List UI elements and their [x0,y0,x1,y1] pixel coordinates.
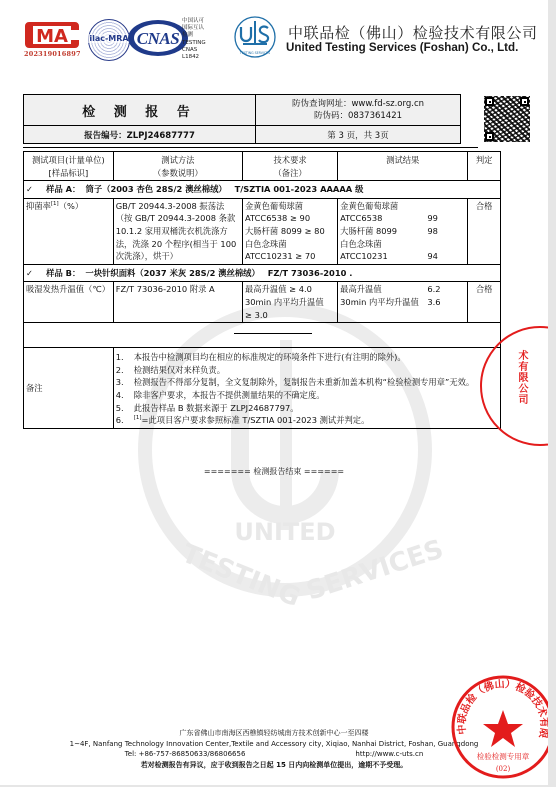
sample-label: 样品 A： [46,184,80,194]
col-header-verdict: 判定 [468,152,501,181]
report-end-marker: ======= 检测报告结束 ====== [0,466,548,477]
report-page: UNITED TESTING SERVICES MA 202319016897 … [0,0,548,785]
sample-b-row: ✓ 样品 B： 一块针织面料（2037 米灰 28S/2 澳丝棉绒） FZ/T … [24,264,501,282]
verdict: 合格 [468,282,501,323]
svg-text:SERVICES: SERVICES [303,534,447,606]
report-number: 报告编号：ZLPJ24687777 [24,126,256,143]
anti-fake-info: 防伪查询网址：www.fd-sz.org.cn 防伪码：0837361421 [256,95,460,126]
col-header-requirement: 技术要求（备注） [243,152,338,181]
tech-requirement: 最高升温值 ≥ 4.030min 内平均升温值≥ 3.0 [243,282,338,323]
note-item: 1.本报告中检测项目均在相应的标准规定的环境条件下进行(有注明的除外)。 [116,351,498,364]
test-method: FZ/T 73036-2010 附录 A [113,282,242,323]
report-title: 检 测 报 告 [24,95,256,126]
check-icon: ✓ [26,184,33,194]
note-item: 3.检测报告不得部分复制，全文复制除外，复制报告未重新加盖本机构“检验检测专用章… [116,376,498,389]
table-header-row: 测试项目(计量单位)[样品标识] 测试方法（参数说明） 技术要求（备注） 测试结… [24,152,501,181]
cnas-side-text: 中国认可 国际互认 检测 TESTING CNAS L1842 [182,18,206,61]
test-method: GB/T 20944.3-2008 振荡法（按 GB/T 20944.3-200… [113,198,242,264]
sample-standard: T/SZTIA 001-2023 AAAAA 级 [235,184,364,194]
test-item: 抑菌率[1]（%） [24,198,114,264]
website-link[interactable]: http://www.c-uts.cn [355,749,423,760]
sample-a-row: ✓ 样品 A： 筒子（2003 杏色 28S/2 澳丝棉绒） T/SZTIA 0… [24,181,501,199]
uts-logo-icon: TESTING SERVICES [233,15,277,59]
test-item: 吸湿发热升温值（℃） [24,282,114,323]
col-header-result: 测试结果 [338,152,468,181]
tel: Tel: +86-757-86850633/86806656 [125,749,246,760]
page-info: 第 3 页，共 3页 [256,126,460,143]
notes-list: 1.本报告中检测项目均在相应的标准规定的环境条件下进行(有注明的除外)。 2.检… [113,348,500,429]
notes-row: 备注 1.本报告中检测项目均在相应的标准规定的环境条件下进行(有注明的除外)。 … [24,348,501,429]
test-result: 最高升温值6.2 30min 内平均升温值3.6 [338,282,468,323]
sample-standard: FZ/T 73036-2010 . [268,268,353,278]
tech-requirement: 金黄色葡萄球菌ATCC6538 ≥ 90大肠杆菌 8099 ≥ 80白色念珠菌A… [243,198,338,264]
address-cn: 广东省佛山市南海区西樵镇轻纺城南方技术创新中心一至四楼 [0,728,548,739]
notes-label: 备注 [24,348,114,429]
svg-text:MA: MA [36,26,68,47]
sample-label: 样品 B： [46,268,80,278]
note-item: 6.[1]=此项目客户要求参照标准 T/SZTIA 001-2023 测试并判定… [116,414,498,427]
verdict: 合格 [468,198,501,264]
qr-code-icon[interactable] [484,96,530,142]
note-item: 2.检测结果仅对来样负责。 [116,364,498,377]
address-en: 1~4F, Nanfang Technology Innovation Cent… [0,739,548,750]
report-header-box: 检 测 报 告 防伪查询网址：www.fd-sz.org.cn 防伪码：0837… [23,94,461,144]
company-name-cn: 中联品检（佛山）检验技术有限公司 [288,22,538,43]
col-header-method: 测试方法（参数说明） [113,152,242,181]
table-row: 抑菌率[1]（%） GB/T 20944.3-2008 振荡法（按 GB/T 2… [24,198,501,264]
blank-divider [234,333,312,334]
objection-notice: 若对检测报告有异议，应于收到报告之日起 15 日内向检测单位提出，逾期不予受理。 [0,760,548,771]
svg-text:UNITED: UNITED [234,518,335,546]
svg-text:TESTING SERVICES: TESTING SERVICES [239,51,270,55]
blank-row [24,323,501,348]
sample-desc: 一块针织面料（2037 米灰 28S/2 澳丝棉绒） [86,268,260,278]
divider [23,147,478,148]
results-table: 测试项目(计量单位)[样品标识] 测试方法（参数说明） 技术要求（备注） 测试结… [23,151,501,429]
cma-logo-icon: MA [23,20,81,50]
test-result: 金黄色葡萄球菌 ATCC653899 大肠杆菌 809998 白色念珠菌 ATC… [338,198,468,264]
verify-code: 防伪码：0837361421 [314,110,402,122]
table-row: 吸湿发热升温值（℃） FZ/T 73036-2010 附录 A 最高升温值 ≥ … [24,282,501,323]
check-icon: ✓ [26,268,33,278]
footer: 广东省佛山市南海区西樵镇轻纺城南方技术创新中心一至四楼 1~4F, Nanfan… [0,728,548,770]
note-item: 4.除非客户要求，本报告不提供测量结果的不确定度。 [116,389,498,402]
company-name-en: United Testing Services (Foshan) Co., Lt… [286,41,518,54]
verify-url[interactable]: 防伪查询网址：www.fd-sz.org.cn [292,98,424,110]
note-item: 5.此报告样品 B 数据来源于 ZLPJ24687797。 [116,402,498,415]
col-header-item: 测试项目(计量单位)[样品标识] [24,152,114,181]
sample-desc: 筒子（2003 杏色 28S/2 澳丝棉绒） [86,184,227,194]
svg-text:TESTING: TESTING [177,539,304,610]
cma-number: 202319016897 [24,50,81,58]
